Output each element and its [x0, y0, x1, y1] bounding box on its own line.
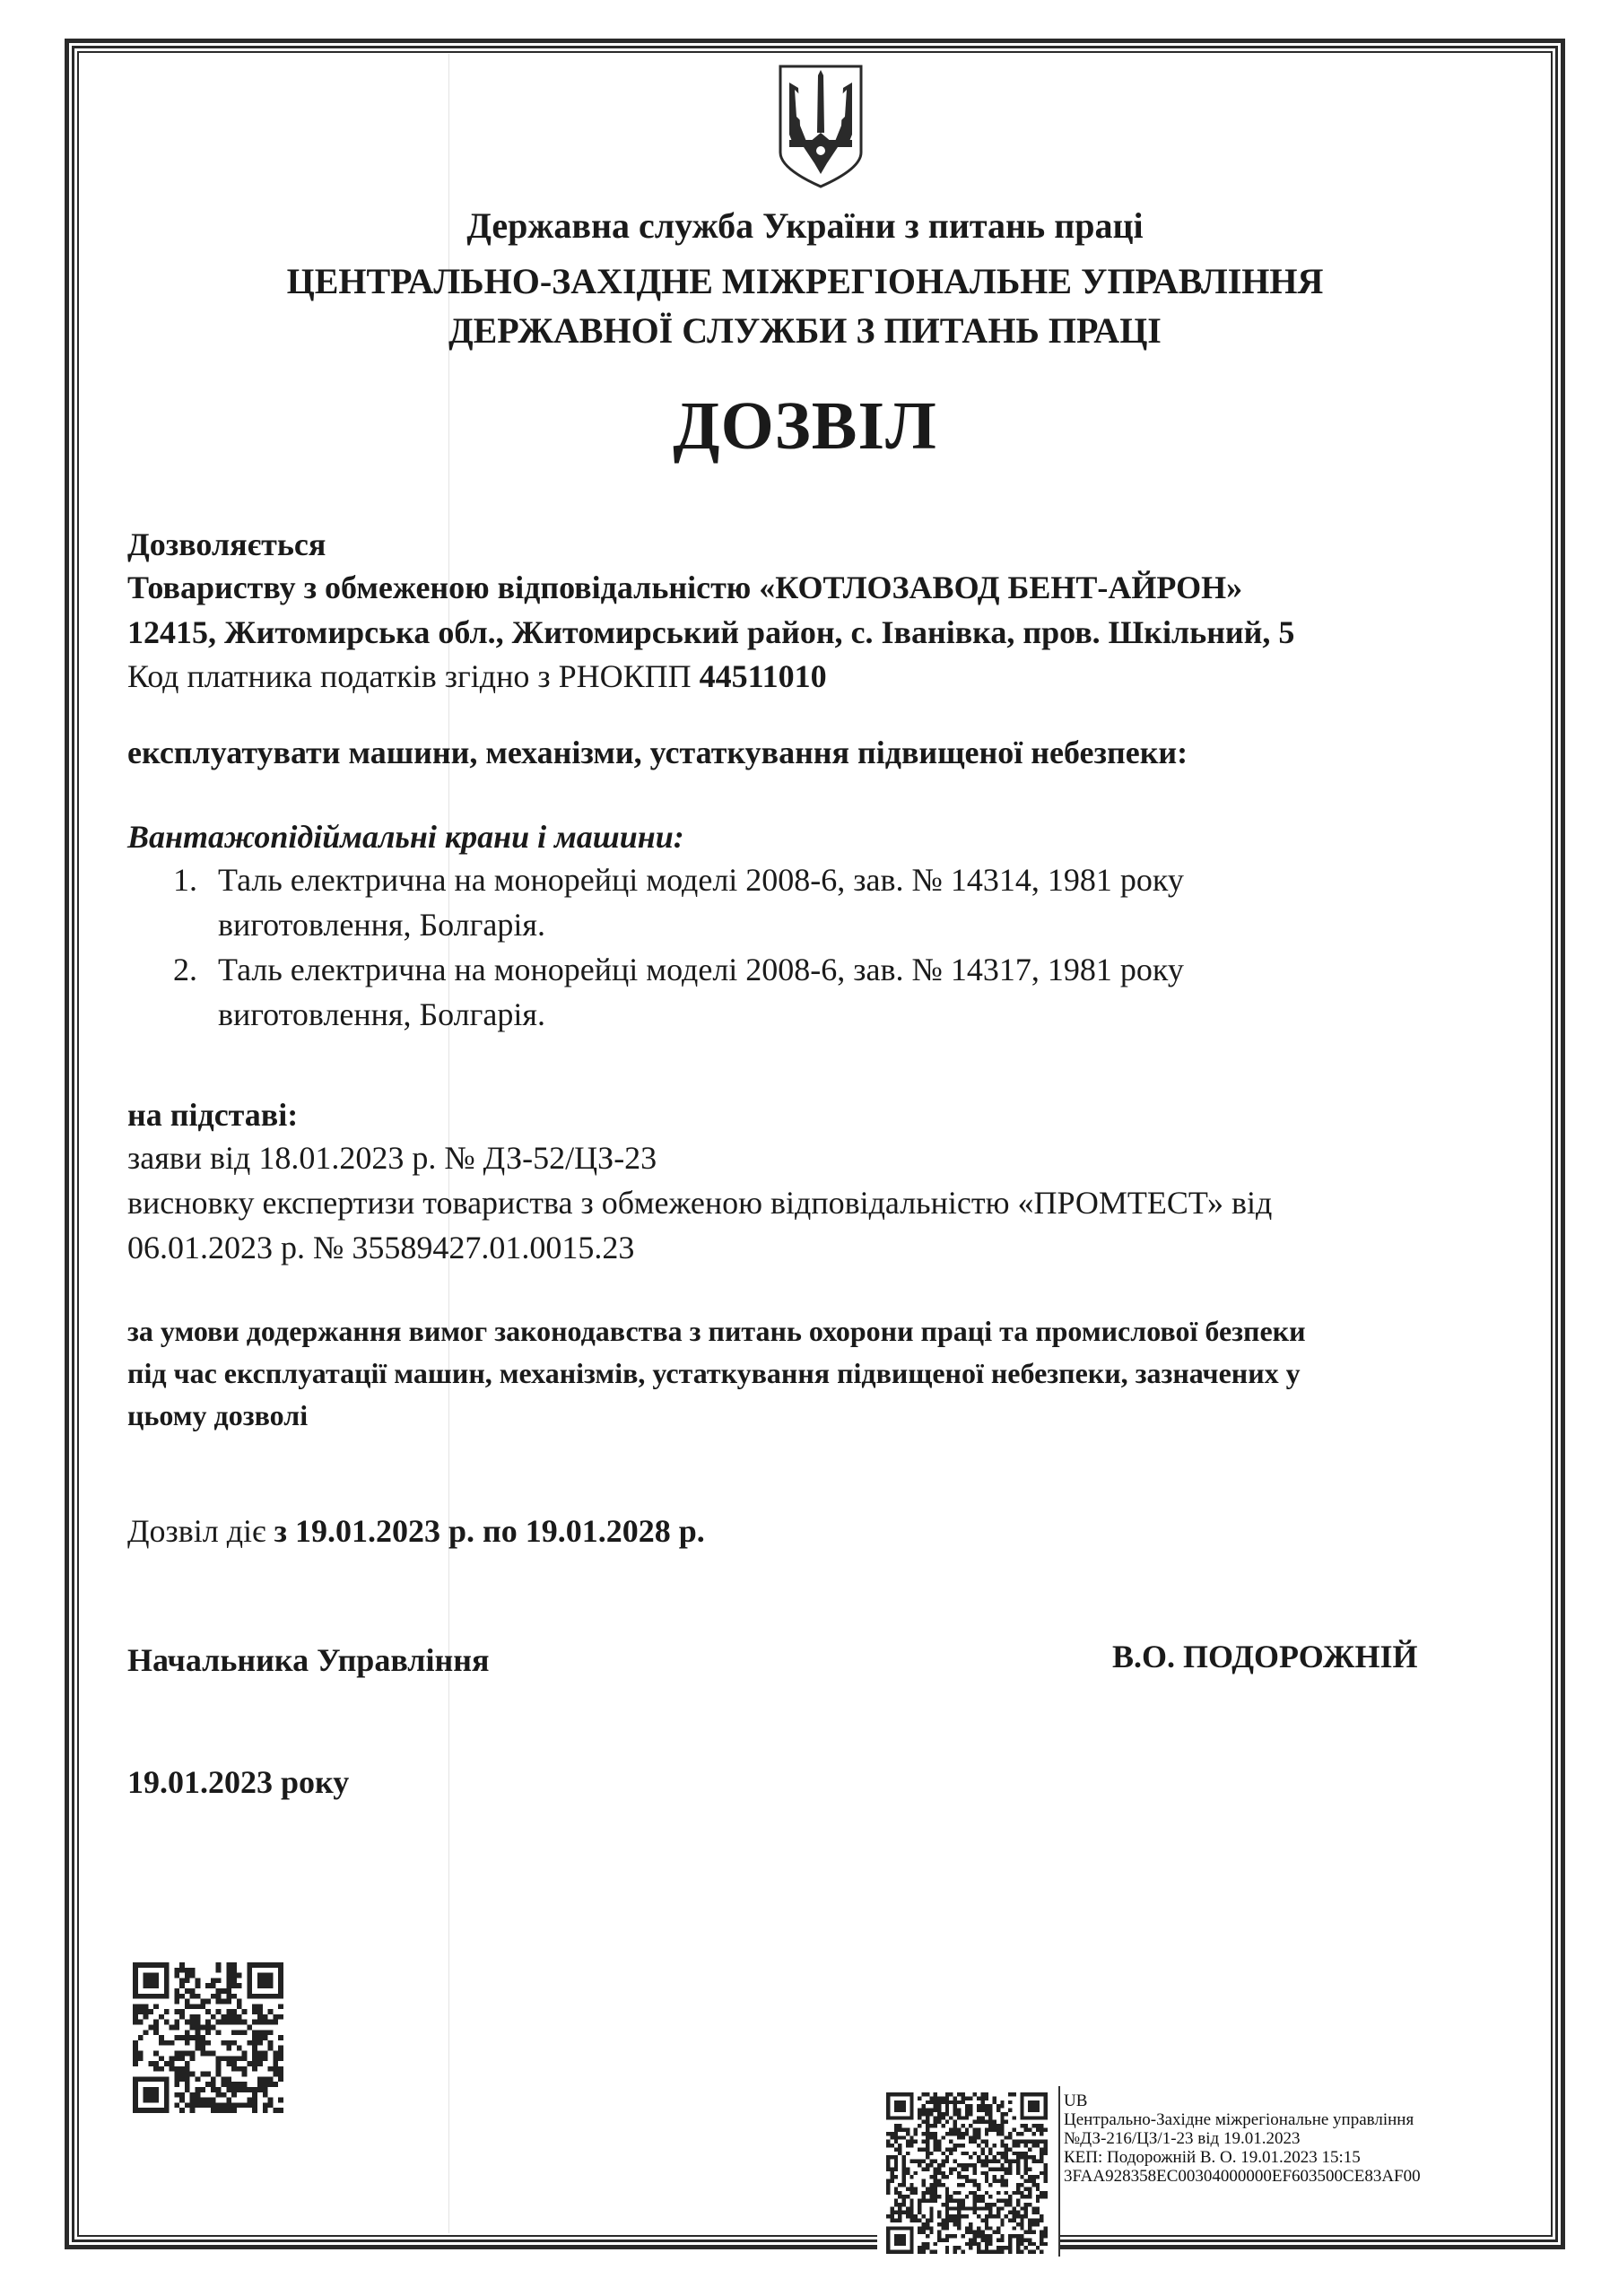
e-signature-line-1: UB	[1064, 2092, 1421, 2110]
conditions-line-3: цьому дозволі	[127, 1399, 308, 1432]
validity-period: Дозвіл діє з 19.01.2023 р. по 19.01.2028…	[127, 1512, 705, 1550]
trident-coat-of-arms-icon	[777, 63, 865, 190]
signer-name: В.О. ПОДОРОЖНІЙ	[1112, 1638, 1418, 1675]
basis-label: на підставі:	[127, 1096, 298, 1134]
e-signature-hash: 3FAA928358EC00304000000EF603500CE83AF00	[1064, 2167, 1421, 2186]
grant-intro: Дозволяється	[127, 526, 326, 563]
conditions-line-2: під час експлуатації машин, механізмів, …	[127, 1357, 1301, 1390]
equipment-item-2-number: 2.	[173, 951, 197, 988]
validity-dates: з 19.01.2023 р. по 19.01.2028 р.	[274, 1513, 705, 1549]
tax-code-value: 44511010	[700, 658, 827, 694]
document-title: ДОЗВІЛ	[0, 387, 1610, 465]
equipment-item-1-number: 1.	[173, 861, 197, 899]
issue-date: 19.01.2023 року	[127, 1763, 349, 1801]
conditions-line-1: за умови додержання вимог законодавства …	[127, 1315, 1306, 1348]
e-signature-qr-code[interactable]	[883, 2092, 1051, 2254]
verification-qr-code[interactable]	[133, 1962, 283, 2113]
issuing-service: Державна служба України з питань праці	[0, 204, 1610, 247]
department-name-line-2: ДЕРЖАВНОЇ СЛУЖБИ З ПИТАНЬ ПРАЦІ	[0, 309, 1610, 352]
tax-code-label: Код платника податків згідно з РНОКПП	[127, 658, 692, 694]
e-signature-signer: КЕП: Подорожній В. О. 19.01.2023 15:15	[1064, 2148, 1421, 2167]
e-signature-details: UB Центрально-Західне міжрегіональне упр…	[1064, 2092, 1421, 2186]
permission-statement: експлуатувати машини, механізми, устатку…	[127, 734, 1188, 771]
equipment-item-1-line-2: виготовлення, Болгарія.	[218, 906, 545, 944]
company-address: 12415, Житомирська обл., Житомирський ра…	[127, 613, 1294, 651]
equipment-category: Вантажопідіймальні крани і машини:	[127, 818, 684, 856]
validity-prefix: Дозвіл діє	[127, 1513, 274, 1549]
company-name: Товариству з обмеженою відповідальністю …	[127, 569, 1242, 606]
e-signature-issuer: Центрально-Західне міжрегіональне управл…	[1064, 2110, 1421, 2129]
basis-expertise-line-1: висновку експертизи товариства з обмежен…	[127, 1184, 1272, 1222]
e-signature-divider	[1058, 2086, 1060, 2257]
signer-position: Начальника Управління	[127, 1641, 489, 1679]
equipment-item-2-line-2: виготовлення, Болгарія.	[218, 996, 545, 1033]
equipment-item-1-line-1: Таль електрична на монорейці моделі 2008…	[218, 861, 1184, 899]
basis-expertise-line-2: 06.01.2023 р. № 35589427.01.0015.23	[127, 1229, 634, 1266]
department-name-line-1: ЦЕНТРАЛЬНО-ЗАХІДНЕ МІЖРЕГІОНАЛЬНЕ УПРАВЛ…	[0, 260, 1610, 302]
equipment-item-2-line-1: Таль електрична на монорейці моделі 2008…	[218, 951, 1184, 988]
tax-code-line: Код платника податків згідно з РНОКПП 44…	[127, 657, 827, 695]
e-signature-doc-number: №ДЗ-216/ЦЗ/1-23 від 19.01.2023	[1064, 2129, 1421, 2148]
basis-application: заяви від 18.01.2023 р. № ДЗ-52/ЦЗ-23	[127, 1139, 657, 1177]
